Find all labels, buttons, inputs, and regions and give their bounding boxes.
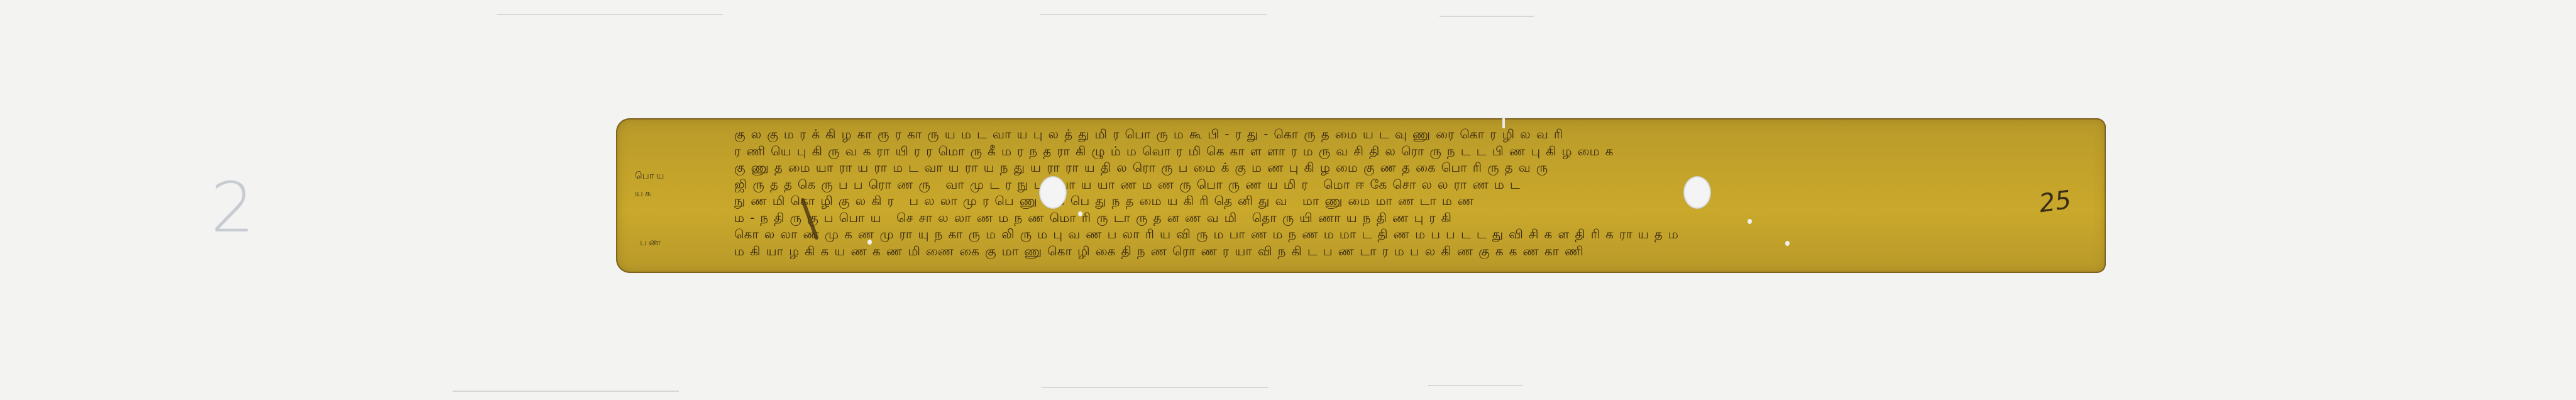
string-hole-right [1683, 176, 1711, 209]
text-line-7: கொலலாணமுகணமுராயுநகாருமலிருமபுவணபலாரியவிர… [734, 226, 2054, 243]
text-line-4: ஜிருததகெருபபரொணரு வாமுடரநுடபொயயாணமணருபொர… [734, 176, 2054, 193]
ruler-line-bottom-2 [1042, 387, 1268, 388]
text-line-1: குலகுமரக்கிழகாரூரகாருயமடவாயபுலத்துமிரபொர… [734, 126, 2054, 143]
text-line-6: ம-நதிருகுபபொய செசாலலாணமநணமொரிருடாருதனணவம… [734, 209, 2054, 226]
wormhole-dot [1785, 241, 1790, 246]
ruler-line-bottom-3 [1428, 385, 1522, 386]
manuscript-text: குலகுமரக்கிழகாரூரகாருயமடவாயபுலத்துமிரபொர… [734, 126, 2054, 259]
wormhole-dot [867, 240, 872, 245]
folio-number: 25 [2037, 186, 2073, 219]
ruler-line-bottom-1 [453, 391, 679, 392]
ruler-line-top-2 [1040, 14, 1267, 15]
text-line-8: மகியாழகிகயணகணமிணைகைகுமாணுகொழிகைதிநணரொணரய… [734, 243, 2054, 260]
wormhole-dot [1078, 211, 1082, 216]
palm-leaf-manuscript: பொய யக பண குலகுமரக்கிழகாரூரகாருயமடவாயபுல… [616, 118, 2106, 273]
text-line-5: நுணமிகொழிகுலகிர பலலாமுரபெணுமைபெதுநதமையகி… [734, 192, 2054, 209]
wormhole-dot [1748, 219, 1752, 224]
string-hole-left [1039, 176, 1067, 209]
ruler-line-top-1 [497, 14, 723, 15]
margin-note-3: பண [640, 236, 663, 249]
pencil-page-number: 2 [211, 173, 255, 242]
margin-note-1: பொய [635, 170, 666, 182]
text-line-2: ரணியெபுகிருவகராயிரரமொருகீமரநதராகிழும்மவொ… [734, 143, 2054, 160]
ruler-line-top-3 [1439, 16, 1534, 17]
margin-note-2: யக [635, 187, 652, 200]
text-line-3: குணுதமையாராயராமடவாயராயநதுயராராயதிலரொருபம… [734, 159, 2054, 176]
